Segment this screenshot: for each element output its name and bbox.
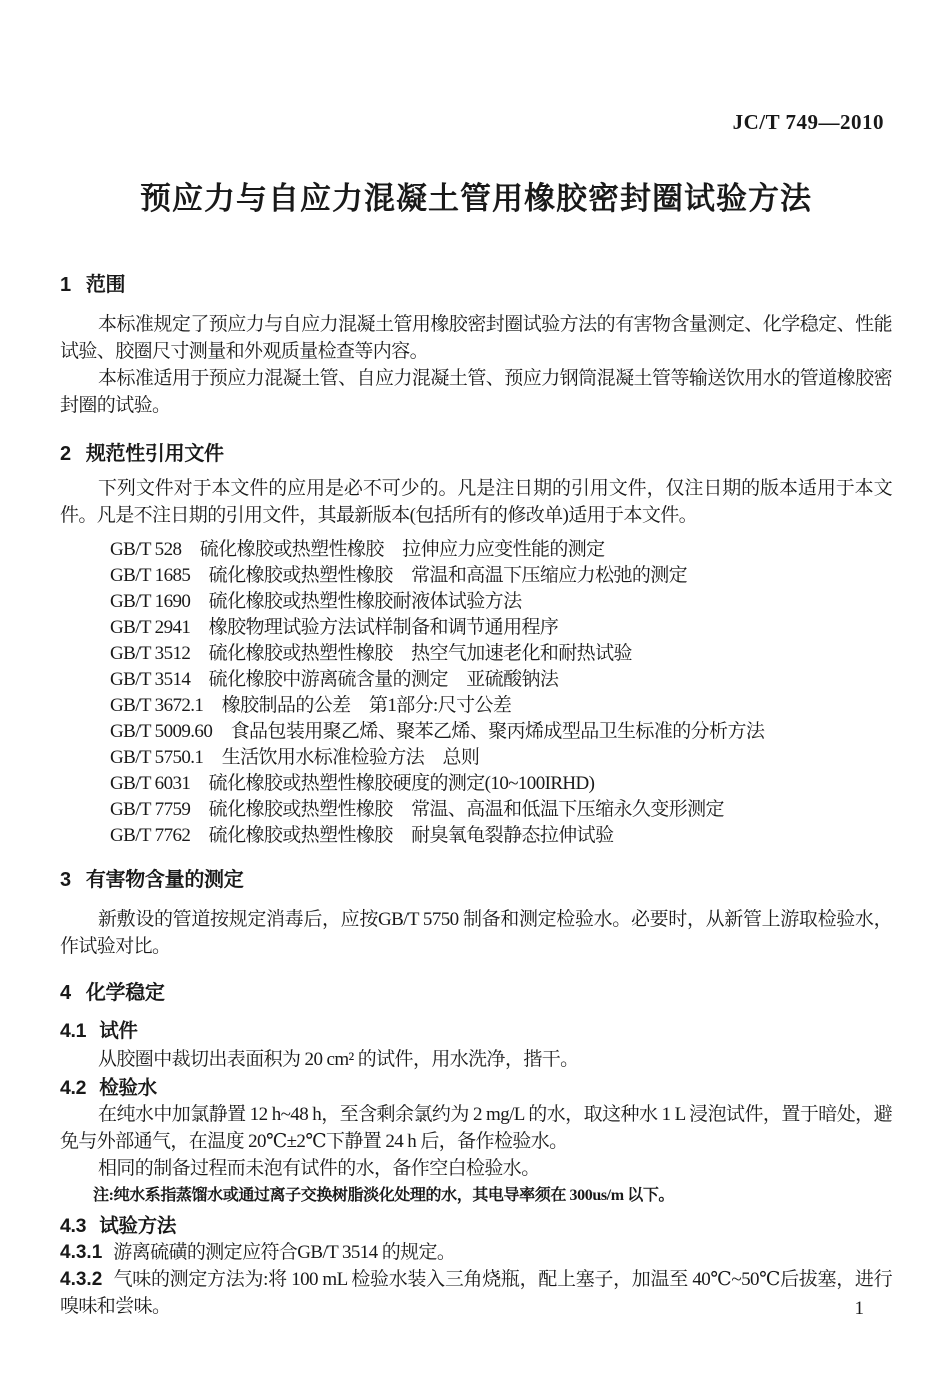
page-body: JC/T 749—2010 预应力与自应力混凝土管用橡胶密封圈试验方法 1范围 … xyxy=(0,0,950,1320)
clause-4-3-2-text: 气味的测定方法为:将 100 mL 检验水装入三角烧瓶，配上塞子，加温至 40℃… xyxy=(60,1269,892,1317)
section-3-paragraph-1: 新敷设的管道按规定消毒后，应按GB/T 5750 制备和测定检验水。必要时，从新… xyxy=(60,906,892,960)
reference-item: GB/T 2941 橡胶物理试验方法试样制备和调节通用程序 xyxy=(110,615,892,641)
section-4-1-heading: 4.1试件 xyxy=(60,1018,892,1044)
section-1-paragraph-2: 本标准适用于预应力混凝土管、自应力混凝土管、预应力钢筒混凝土管等输送饮用水的管道… xyxy=(60,365,892,419)
section-1-heading: 1范围 xyxy=(60,272,892,298)
section-4-1-paragraph-1: 从胶圈中裁切出表面积为 20 cm² 的试件，用水洗净，揩干。 xyxy=(60,1046,892,1073)
section-4-number: 4 xyxy=(60,982,71,1004)
clause-4-3-2: 4.3.2气味的测定方法为:将 100 mL 检验水装入三角烧瓶，配上塞子，加温… xyxy=(60,1266,892,1320)
section-4-2-paragraph-2: 相同的制备过程而未泡有试件的水，备作空白检验水。 xyxy=(60,1155,892,1182)
section-2-title: 规范性引用文件 xyxy=(86,443,224,465)
section-4-2-number: 4.2 xyxy=(60,1077,86,1099)
document-title: 预应力与自应力混凝土管用橡胶密封圈试验方法 xyxy=(60,178,892,220)
reference-item: GB/T 1685 硫化橡胶或热塑性橡胶 常温和高温下压缩应力松弛的测定 xyxy=(110,563,892,589)
section-3-title: 有害物含量的测定 xyxy=(86,869,244,891)
section-4-3-title: 试验方法 xyxy=(99,1215,176,1237)
section-2-number: 2 xyxy=(60,443,71,465)
reference-item: GB/T 5750.1 生活饮用水标准检验方法 总则 xyxy=(110,745,892,771)
reference-item: GB/T 7759 硫化橡胶或热塑性橡胶 常温、高温和低温下压缩永久变形测定 xyxy=(110,797,892,823)
reference-item: GB/T 3514 硫化橡胶中游离硫含量的测定 亚硫酸钠法 xyxy=(110,667,892,693)
reference-item: GB/T 5009.60 食品包装用聚乙烯、聚苯乙烯、聚丙烯成型品卫生标准的分析… xyxy=(110,719,892,745)
section-4-heading: 4化学稳定 xyxy=(60,980,892,1006)
section-2-paragraph-1: 下列文件对于本文件的应用是必不可少的。凡是注日期的引用文件，仅注日期的版本适用于… xyxy=(60,475,892,529)
section-3-number: 3 xyxy=(60,869,71,891)
reference-item: GB/T 1690 硫化橡胶或热塑性橡胶耐液体试验方法 xyxy=(110,589,892,615)
reference-item: GB/T 3512 硫化橡胶或热塑性橡胶 热空气加速老化和耐热试验 xyxy=(110,641,892,667)
section-1-number: 1 xyxy=(60,274,71,296)
references-list: GB/T 528 硫化橡胶或热塑性橡胶 拉伸应力应变性能的测定 GB/T 168… xyxy=(60,537,892,849)
clause-4-3-1-text: 游离硫磺的测定应符合GB/T 3514 的规定。 xyxy=(113,1242,455,1263)
section-4-1-title: 试件 xyxy=(99,1020,137,1042)
clause-4-3-2-number: 4.3.2 xyxy=(60,1269,102,1290)
section-4-1-number: 4.1 xyxy=(60,1020,86,1042)
reference-item: GB/T 6031 硫化橡胶或热塑性橡胶硬度的测定(10~100IRHD) xyxy=(110,771,892,797)
section-4-2-title: 检验水 xyxy=(99,1077,157,1099)
reference-item: GB/T 528 硫化橡胶或热塑性橡胶 拉伸应力应变性能的测定 xyxy=(110,537,892,563)
section-4-3-heading: 4.3试验方法 xyxy=(60,1213,892,1239)
reference-item: GB/T 3672.1 橡胶制品的公差 第1部分:尺寸公差 xyxy=(110,693,892,719)
page-number: 1 xyxy=(855,1298,865,1320)
document-page: { "header": { "doc_code": "JC/T 749—2010… xyxy=(0,0,950,1388)
section-4-2-heading: 4.2检验水 xyxy=(60,1075,892,1101)
section-4-2-paragraph-1: 在纯水中加氯静置 12 h~48 h，至含剩余氯约为 2 mg/L 的水，取这种… xyxy=(60,1101,892,1155)
clause-4-3-1-number: 4.3.1 xyxy=(60,1242,102,1263)
section-2-heading: 2规范性引用文件 xyxy=(60,441,892,467)
section-3-heading: 3有害物含量的测定 xyxy=(60,867,892,893)
reference-item: GB/T 7762 硫化橡胶或热塑性橡胶 耐臭氧龟裂静态拉伸试验 xyxy=(110,823,892,849)
section-4-3-number: 4.3 xyxy=(60,1215,86,1237)
section-4-title: 化学稳定 xyxy=(86,982,165,1004)
note-text: 注:纯水系指蒸馏水或通过离子交换树脂淡化处理的水，其电导率须在 300us/m … xyxy=(60,1185,892,1207)
doc-number: JC/T 749—2010 xyxy=(60,110,892,134)
section-1-title: 范围 xyxy=(86,274,125,296)
section-1-paragraph-1: 本标准规定了预应力与自应力混凝土管用橡胶密封圈试验方法的有害物含量测定、化学稳定… xyxy=(60,311,892,365)
clause-4-3-1: 4.3.1游离硫磺的测定应符合GB/T 3514 的规定。 xyxy=(60,1239,892,1266)
